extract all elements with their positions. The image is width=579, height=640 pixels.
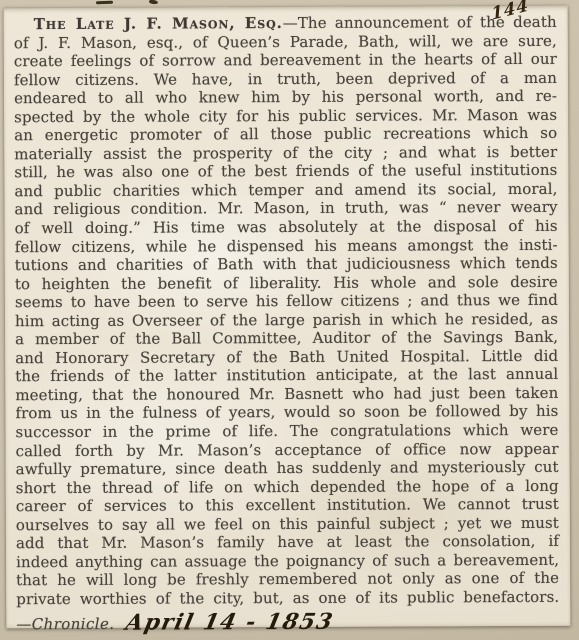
body-line: endeared to all who knew him by his pers… bbox=[14, 87, 557, 108]
body-line: called forth by Mr. Mason’s acceptance o… bbox=[16, 439, 559, 460]
body-line: indeed anything can assuage the poignanc… bbox=[16, 551, 559, 572]
body-line: of J. F. Mason, esq., of Queen’s Parade,… bbox=[14, 31, 557, 52]
body-line: meeting, that the honoured Mr. Basnett w… bbox=[15, 384, 558, 405]
body-line: the friends of the latter institution an… bbox=[15, 365, 558, 386]
body-line: fellow citizens. We have, in truth, been… bbox=[14, 68, 557, 89]
body-line: private worthies of the city, but, as on… bbox=[16, 588, 559, 609]
article-text: The Late J. F. Mason, Esq.—The announcem… bbox=[4, 6, 571, 633]
handwritten-date: April 14 - 1853 bbox=[123, 608, 336, 635]
body-line: and Honorary Secretary of the Bath Unite… bbox=[15, 347, 558, 368]
body-line: seems to have been to serve his fellow c… bbox=[15, 291, 558, 312]
body-line: short the thread of life on which depend… bbox=[16, 476, 559, 497]
body-line: spected by the whole city for his public… bbox=[14, 106, 557, 127]
body-line: add that Mr. Mason’s family have at leas… bbox=[16, 532, 559, 553]
body-line: tutions and charities of Bath with that … bbox=[15, 254, 558, 275]
body-line: fellow citizens, while he dispensed his … bbox=[15, 235, 558, 256]
body-line: successor in the prime of life. The cong… bbox=[15, 421, 558, 442]
body-line: that he will long be freshly remembered … bbox=[16, 569, 559, 590]
body-line: a member of the Ball Committee, Auditor … bbox=[15, 328, 558, 349]
article-body: of J. F. Mason, esq., of Queen’s Parade,… bbox=[14, 31, 560, 608]
body-line: and religious condition. Mr. Mason, in t… bbox=[14, 198, 557, 219]
album-page: { "page": { "handwritten_page_number": "… bbox=[0, 0, 579, 640]
body-line: an energetic promoter of all those publi… bbox=[14, 124, 557, 145]
body-line: him acting as Overseer of the large pari… bbox=[15, 310, 558, 331]
body-line: materially assist the prosperity of the … bbox=[14, 143, 557, 164]
ink-mark bbox=[149, 0, 158, 4]
body-line: career of services to this excellent ins… bbox=[16, 495, 559, 516]
body-line: create feelings of sorrow and bereavemen… bbox=[14, 50, 557, 71]
body-line: and public charities which temper and am… bbox=[14, 180, 557, 201]
article-headline: The Late J. F. Mason, Esq. bbox=[34, 14, 283, 33]
body-line: of well doing.” His time was absolutely … bbox=[15, 217, 558, 238]
newspaper-clipping: The Late J. F. Mason, Esq.—The announcem… bbox=[4, 6, 571, 628]
source-attribution: —Chronicle. bbox=[16, 614, 114, 632]
body-line: awfully premature, since death has sudde… bbox=[16, 458, 559, 479]
body-line: still, he was also one of the best frien… bbox=[14, 161, 557, 182]
headline-line: The Late J. F. Mason, Esq.—The announcem… bbox=[14, 13, 557, 34]
ink-mark bbox=[96, 1, 113, 5]
body-line: from us in the fulness of years, would s… bbox=[15, 402, 558, 423]
body-line: to heighten the benefit of liberality. H… bbox=[15, 272, 558, 293]
attribution-row: —Chronicle. April 14 - 1853 bbox=[16, 606, 559, 632]
body-line: ourselves to say all we feel on this pai… bbox=[16, 514, 559, 535]
